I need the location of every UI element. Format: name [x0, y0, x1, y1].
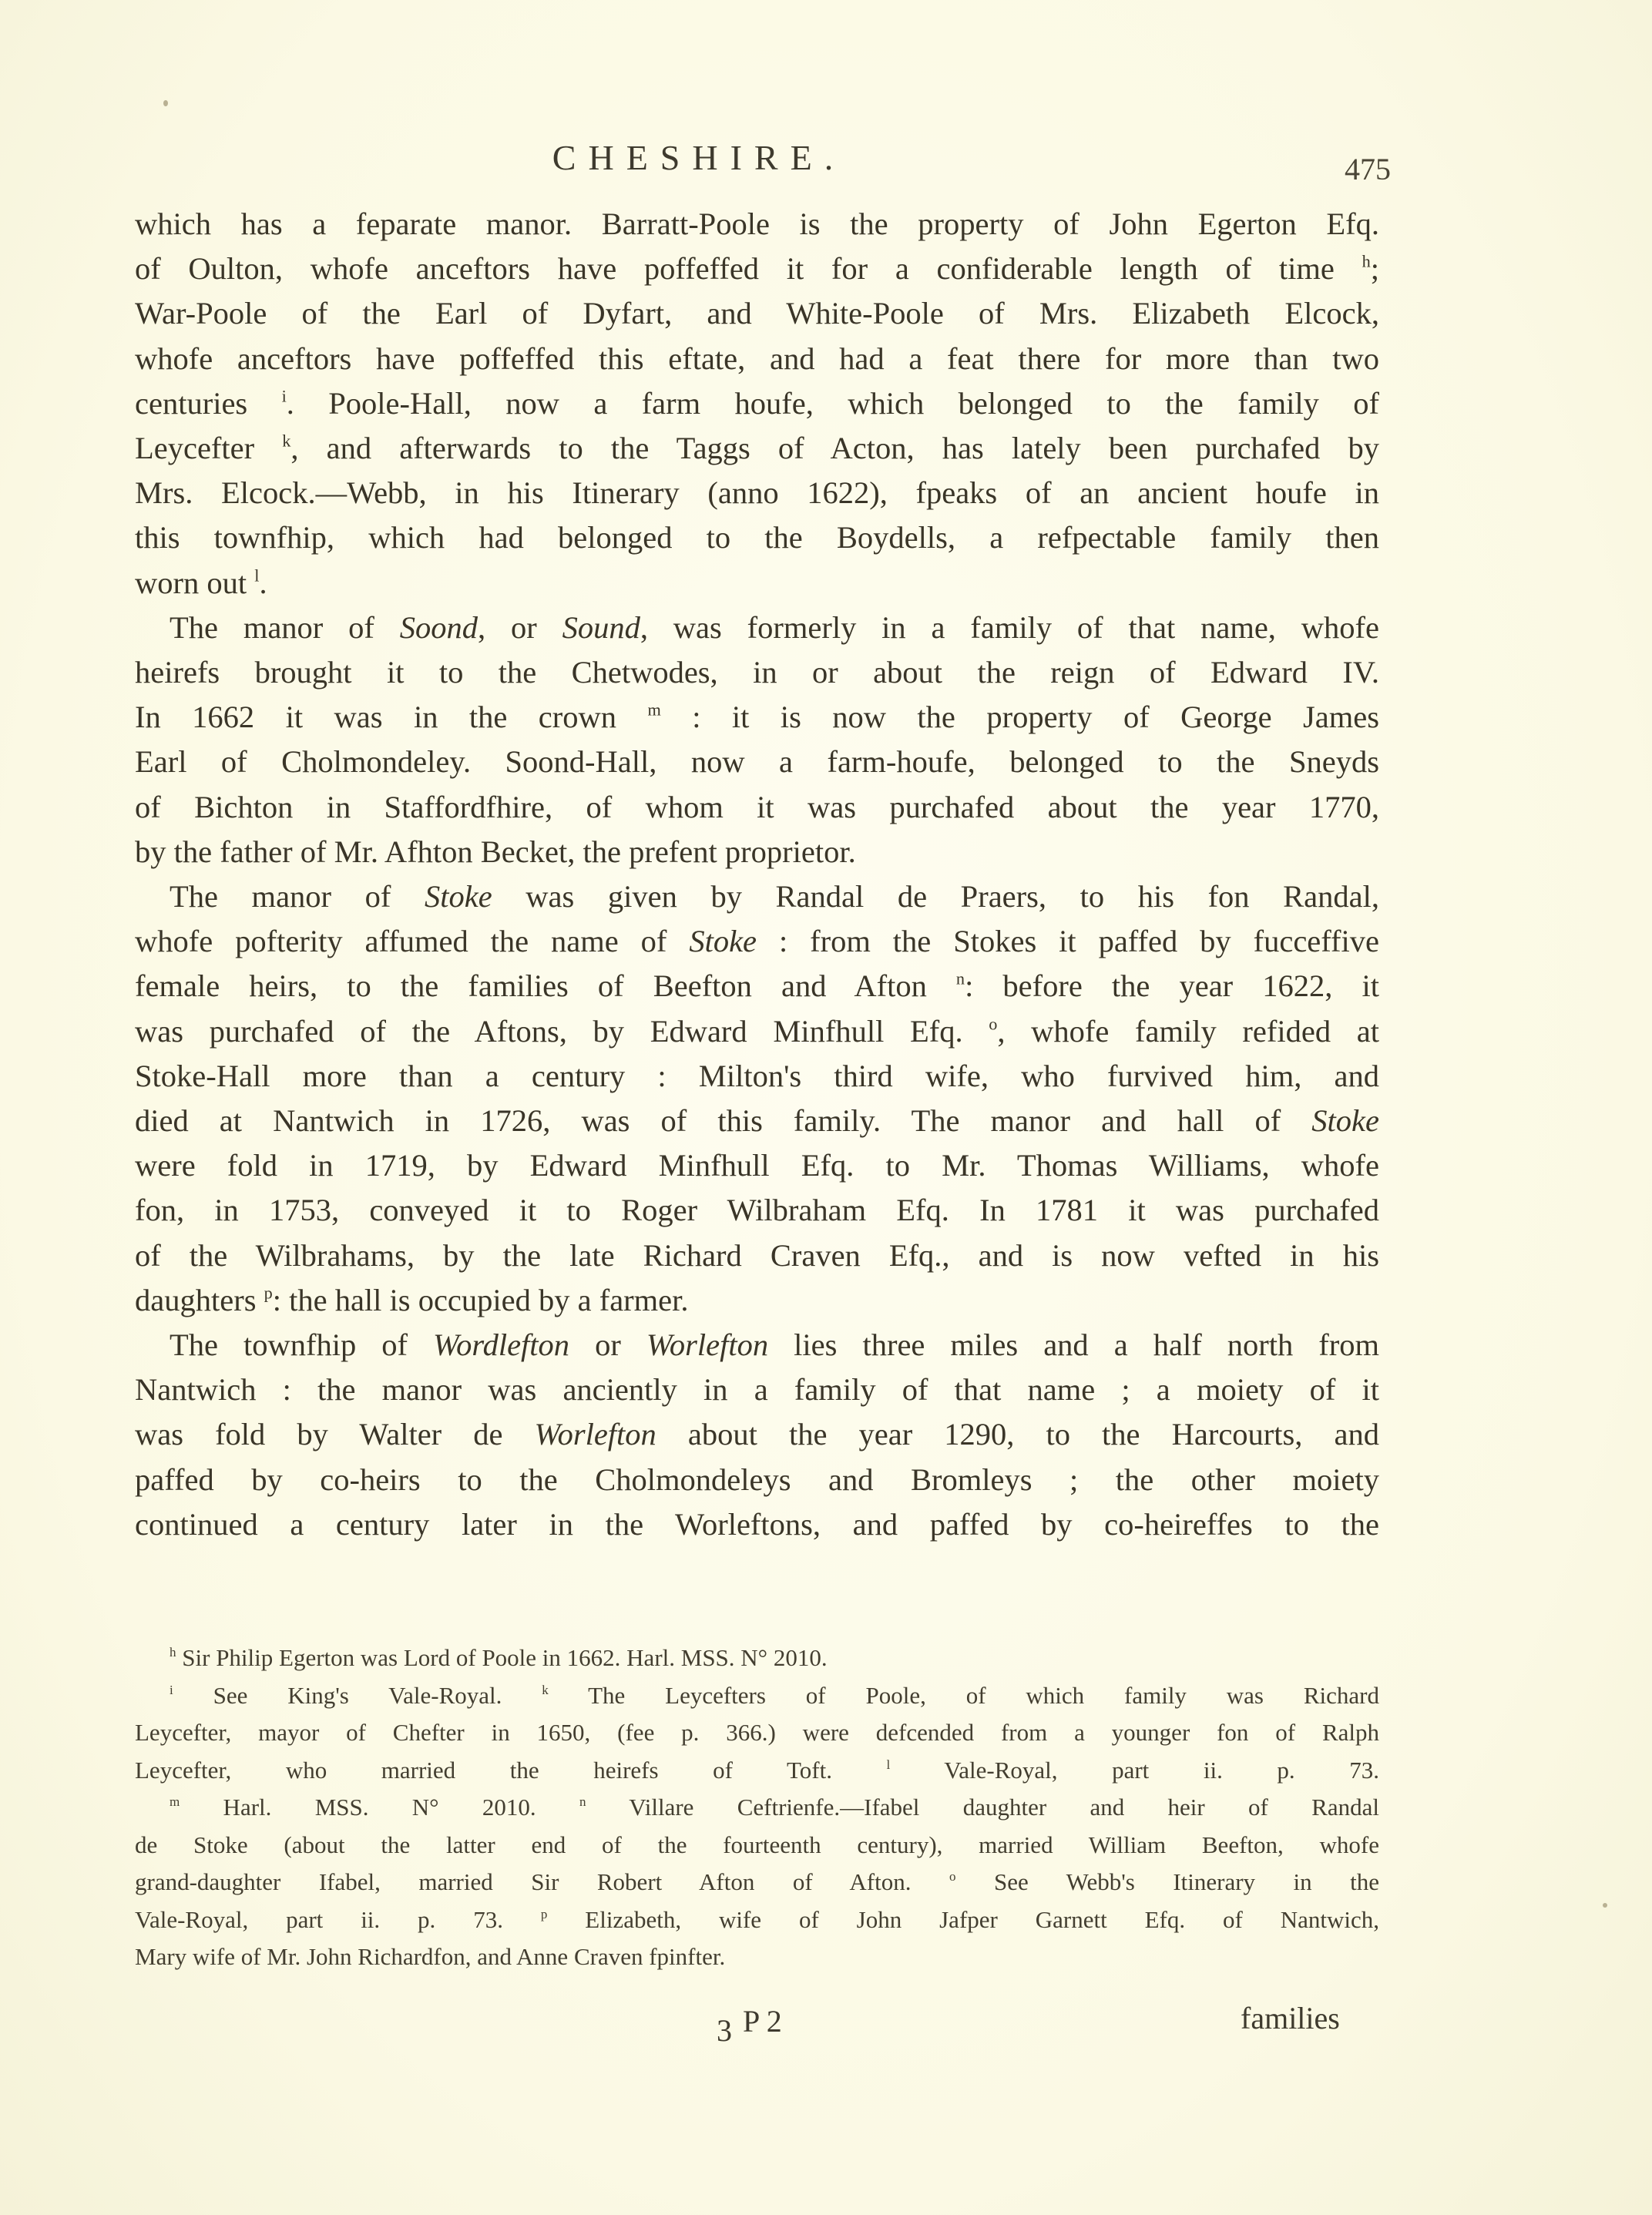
text-line: which has a feparate manor. Barratt-Pool… [135, 202, 1379, 247]
text-line: of Bichton in Staffordfhire, of whom it … [135, 785, 1379, 830]
text-line: The manor of Soond, or Sound, was former… [135, 606, 1379, 650]
footnote-line: Leycefter, who married the heirefs of To… [135, 1752, 1379, 1790]
text-line: The manor of Stoke was given by Randal d… [135, 874, 1379, 919]
footnote-marker: o [949, 1869, 956, 1884]
printer-signature: 3P 2 [717, 2003, 782, 2049]
footnote-marker: n [956, 969, 965, 988]
footnote-line: grand-daughter Ifabel, married Sir Rober… [135, 1864, 1379, 1901]
text-line: paffed by co-heirs to the Cholmondeleys … [135, 1458, 1379, 1502]
footnote-marker: i [282, 386, 287, 405]
text-line: was fold by Walter de Worlefton about th… [135, 1412, 1379, 1457]
footnote-marker: k [542, 1683, 549, 1697]
signature-number: 3 [717, 2013, 732, 2048]
text-line: Mrs. Elcock.—Webb, in his Itinerary (ann… [135, 471, 1379, 515]
page-number: 475 [1345, 151, 1391, 187]
italic-place-name: Wordlefton [433, 1327, 569, 1362]
italic-place-name: Stoke [1311, 1103, 1379, 1138]
footnote-line: i See King's Vale-Royal. k The Leycefter… [135, 1677, 1379, 1715]
text-line: Earl of Cholmondeley. Soond-Hall, now a … [135, 740, 1379, 784]
footnote-line: Leycefter, mayor of Chefter in 1650, (fe… [135, 1714, 1379, 1752]
footnote-marker: l [254, 565, 259, 585]
italic-place-name: Sound [562, 610, 640, 645]
text-line: was purchafed of the Aftons, by Edward M… [135, 1009, 1379, 1054]
italic-place-name: Stoke [425, 879, 492, 914]
text-line: female heirs, to the families of Beefton… [135, 964, 1379, 1008]
footnote-marker: l [887, 1757, 891, 1772]
text-line: Nantwich : the manor was anciently in a … [135, 1368, 1379, 1412]
text-line: died at Nantwich in 1726, was of this fa… [135, 1099, 1379, 1143]
catchword: families [1241, 2000, 1340, 2036]
text-line: whofe anceftors have poffeffed this efta… [135, 337, 1379, 381]
text-line: heirefs brought it to the Chetwodes, in … [135, 650, 1379, 695]
footnote-line: h Sir Philip Egerton was Lord of Poole i… [135, 1639, 1379, 1677]
italic-place-name: Soond [400, 610, 478, 645]
paper-speck [163, 100, 168, 106]
text-line: War-Poole of the Earl of Dyfart, and Whi… [135, 291, 1379, 336]
footnote-marker: k [282, 431, 290, 450]
text-line: of the Wilbrahams, by the late Richard C… [135, 1233, 1379, 1278]
footnote-marker: p [541, 1907, 548, 1921]
text-line: whofe pofterity affumed the name of Stok… [135, 919, 1379, 964]
main-text: which has a feparate manor. Barratt-Pool… [135, 202, 1379, 1547]
footnote-line: Vale-Royal, part ii. p. 73. p Elizabeth,… [135, 1901, 1379, 1939]
text-line: continued a century later in the Worleft… [135, 1502, 1379, 1547]
footnote-marker: m [647, 700, 660, 720]
footnote-line: de Stoke (about the latter end of the fo… [135, 1827, 1379, 1864]
footnote-marker: n [579, 1794, 586, 1809]
footnote-line: Mary wife of Mr. John Richardfon, and An… [135, 1938, 1379, 1976]
text-line: by the father of Mr. Afhton Becket, the … [135, 830, 1379, 874]
text-line: fon, in 1753, conveyed it to Roger Wilbr… [135, 1188, 1379, 1233]
footnote-line: m Harl. MSS. N° 2010. n Villare Ceftrien… [135, 1789, 1379, 1827]
footnote-marker: i [170, 1683, 173, 1697]
text-line: Leycefter k, and afterwards to the Taggs… [135, 426, 1379, 471]
italic-place-name: Stoke [689, 924, 757, 958]
footnote-marker: m [170, 1794, 180, 1809]
running-title: CHESHIRE. [0, 137, 1652, 178]
text-line: worn out l. [135, 561, 1379, 606]
italic-place-name: Worlefton [535, 1417, 656, 1451]
footnote-marker: o [989, 1014, 997, 1033]
text-line: centuries i. Poole-Hall, now a farm houf… [135, 381, 1379, 426]
text-line: were fold in 1719, by Edward Minfhull Ef… [135, 1143, 1379, 1188]
text-line: of Oulton, whofe anceftors have poffeffe… [135, 247, 1379, 291]
text-line: Stoke-Hall more than a century : Milton'… [135, 1054, 1379, 1099]
italic-place-name: Worlefton [646, 1327, 768, 1362]
text-line: this townfhip, which had belonged to the… [135, 515, 1379, 560]
paper-speck [1603, 1903, 1607, 1908]
footnotes: h Sir Philip Egerton was Lord of Poole i… [135, 1639, 1379, 1976]
text-line: daughters p: the hall is occupied by a f… [135, 1278, 1379, 1323]
signature-sub: 2 [767, 2004, 782, 2039]
footnote-marker: h [1362, 252, 1371, 271]
footnote-marker: p [264, 1283, 273, 1302]
signature-letter: P [743, 2004, 759, 2039]
text-line: In 1662 it was in the crown m : it is no… [135, 695, 1379, 740]
footnote-marker: h [170, 1645, 176, 1660]
text-line: The townfhip of Wordlefton or Worlefton … [135, 1323, 1379, 1368]
